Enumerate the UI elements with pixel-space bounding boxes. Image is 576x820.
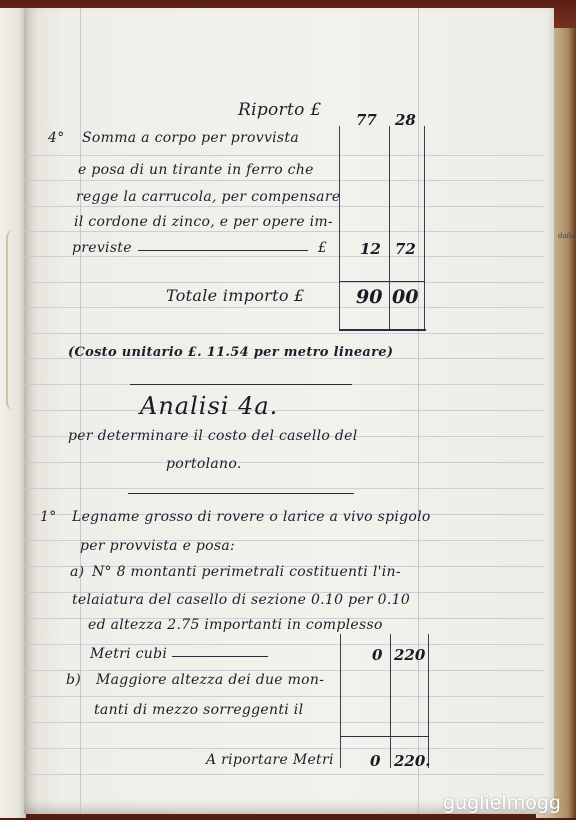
ruled-line	[24, 282, 544, 283]
sub-a-line: ed altezza 2.75 importanti in complesso	[88, 617, 383, 633]
amount-column-left-border	[340, 634, 341, 768]
section-separator-top	[130, 384, 352, 385]
unit-cost-note: (Costo unitario £. 11.54 per metro linea…	[68, 345, 393, 360]
ruled-line	[24, 748, 544, 749]
analysis-subtitle: per determinare il costo del casello del	[68, 428, 358, 444]
left-margin-line	[80, 8, 81, 814]
carry-over-cents: 220.	[394, 752, 431, 770]
ruled-line	[24, 333, 544, 334]
ruled-line	[24, 256, 544, 257]
ruled-line	[24, 462, 544, 463]
item-4-units: 12	[360, 240, 381, 258]
item-1-number: 1°	[40, 509, 57, 525]
leader-line	[138, 250, 308, 251]
sub-a-line: N° 8 montanti perimetrali costituenti l'…	[92, 564, 401, 580]
amount-column-divider	[390, 634, 391, 768]
right-margin-line	[418, 8, 419, 814]
item-4-line: previste	[72, 240, 132, 256]
amount-column-divider	[389, 126, 390, 330]
ruled-line	[24, 696, 544, 697]
ruled-line	[24, 307, 544, 308]
ruled-line	[24, 644, 544, 645]
sub-a-units: 0	[372, 646, 382, 664]
watermark: guglielmogg	[443, 792, 561, 814]
item-4-currency: £	[318, 240, 327, 256]
carried-forward-units: 77	[356, 111, 377, 129]
total-label: Totale importo £	[166, 286, 305, 305]
section-separator-bottom	[128, 493, 354, 494]
ruled-line	[24, 206, 544, 207]
total-rule	[339, 281, 425, 282]
sub-b-line: Maggiore altezza dei due mon-	[96, 672, 324, 688]
total-double-rule	[339, 329, 426, 331]
underlying-page-text: dalla	[558, 232, 575, 240]
ruled-line	[24, 180, 544, 181]
item-4-number: 4°	[48, 130, 65, 146]
ruled-line	[24, 670, 544, 671]
amount-column-right-border	[428, 634, 429, 768]
total-units: 90	[356, 286, 382, 308]
item-4-cents: 72	[395, 240, 416, 258]
total-cents: 00	[392, 286, 418, 308]
amount-column-left-border	[339, 126, 340, 330]
item-4-line: e posa di un tirante in ferro che	[78, 162, 314, 178]
ruled-line	[24, 722, 544, 723]
carried-forward-cents: 28	[395, 111, 416, 129]
sub-a-line: telaiatura del casello di sezione 0.10 p…	[72, 592, 410, 608]
ruled-line	[24, 155, 544, 156]
ledger-page	[24, 8, 554, 814]
carry-over-label: A riportare Metri	[206, 752, 334, 768]
item-1-line: Legname grosso di rovere o larice a vivo…	[72, 509, 431, 525]
item-4-line: Somma a corpo per provvista	[82, 130, 299, 146]
analysis-subtitle: portolano.	[166, 456, 242, 472]
sub-a-cents: 220	[394, 646, 425, 664]
binding-thread	[6, 230, 22, 410]
item-1-line: per provvista e posa:	[80, 538, 235, 554]
sub-b-line: tanti di mezzo sorreggenti il	[94, 702, 303, 718]
ruled-line	[24, 488, 544, 489]
carried-forward-label: Riporto £	[238, 100, 321, 120]
ruled-line	[24, 231, 544, 232]
item-4-line: il cordone di zinco, e per opere im-	[74, 214, 333, 230]
item-4-line: regge la carrucola, per compensare	[76, 189, 340, 205]
sub-b-label: b)	[66, 672, 81, 688]
amount-column-right-border	[424, 126, 425, 330]
analysis-title: Analisi 4a.	[140, 392, 278, 420]
cubic-meters-label: Metri cubi	[90, 646, 167, 662]
subtotal-rule	[340, 736, 429, 737]
carry-over-units: 0	[370, 752, 380, 770]
ruled-line	[24, 410, 544, 411]
leader-line	[172, 656, 268, 657]
left-page-edge	[0, 8, 26, 818]
ruled-line	[24, 774, 544, 775]
sub-a-label: a)	[70, 564, 84, 580]
